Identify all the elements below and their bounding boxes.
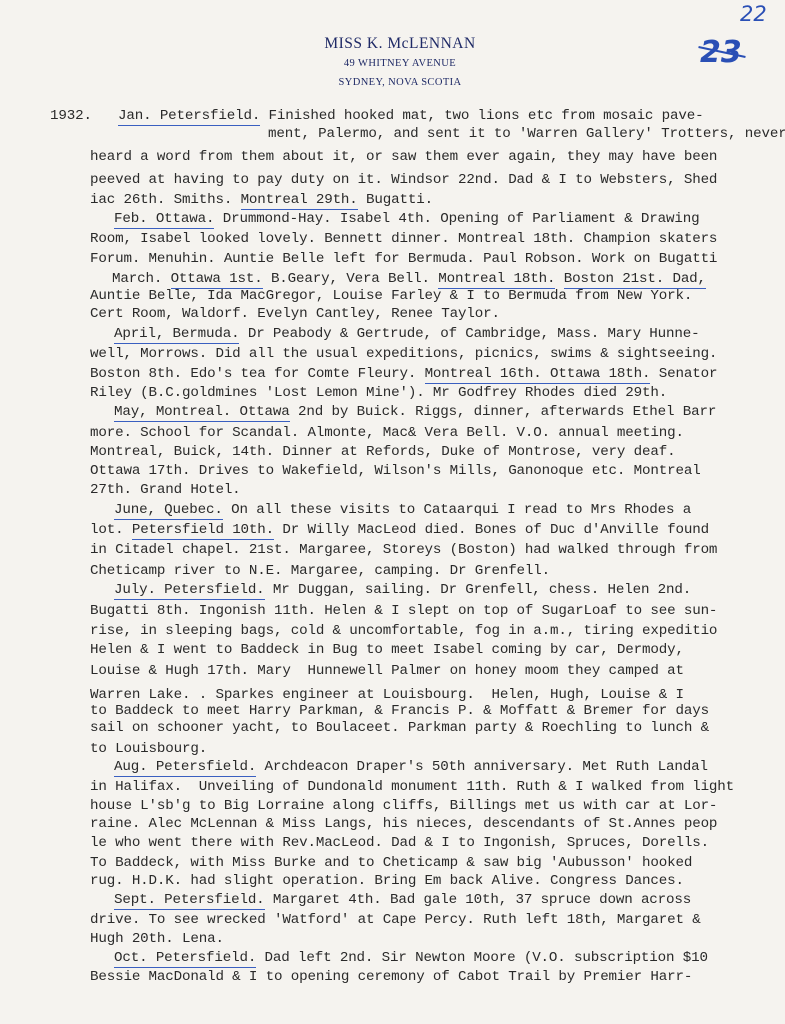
diary-line: iac 26th. Smiths. Montreal 29th. Bugatti… <box>90 191 433 209</box>
diary-line: Helen & I went to Baddeck in Bug to meet… <box>90 641 684 659</box>
diary-text-segment: Riley (B.C.goldmines 'Lost Lemon Mine').… <box>90 385 667 401</box>
diary-line: peeved at having to pay duty on it. Wind… <box>90 171 717 189</box>
diary-line: lot. Petersfield 10th. Dr Willy MacLeod … <box>90 521 709 539</box>
diary-line: le who went there with Rev.MacLeod. Dad … <box>90 834 709 852</box>
month-place-heading: Montreal 16th. Ottawa 18th. <box>425 366 651 384</box>
diary-line: more. School for Scandal. Almonte, Mac& … <box>90 424 684 442</box>
diary-text-segment: ment, Palermo, and sent it to 'Warren Ga… <box>268 126 785 142</box>
diary-text-segment: heard a word from them about it, or saw … <box>90 149 717 165</box>
month-place-heading: Montreal 29th. <box>241 192 358 210</box>
diary-text-segment: le who went there with Rev.MacLeod. Dad … <box>90 835 709 851</box>
diary-text-segment: raine. Alec McLennan & Miss Langs, his n… <box>90 816 717 832</box>
diary-text-segment <box>555 271 563 287</box>
diary-line: raine. Alec McLennan & Miss Langs, his n… <box>90 815 717 833</box>
diary-text-segment: in Citadel chapel. 21st. Margaree, Store… <box>90 542 717 558</box>
diary-line: Cert Room, Waldorf. Evelyn Cantley, Rene… <box>90 305 500 323</box>
month-place-heading: Oct. Petersfield. <box>114 950 256 968</box>
diary-line: Forum. Menuhin. Auntie Belle left for Be… <box>90 250 717 268</box>
diary-line: April, Bermuda. Dr Peabody & Gertrude, o… <box>114 325 699 343</box>
diary-text-segment: sail on schooner yacht, to Boulaceet. Pa… <box>90 720 709 736</box>
diary-text-segment: rise, in sleeping bags, cold & uncomfort… <box>90 623 717 639</box>
diary-line: Boston 8th. Edo's tea for Comte Fleury. … <box>90 365 717 383</box>
diary-line: To Baddeck, with Miss Burke and to Cheti… <box>90 854 692 872</box>
diary-line: Aug. Petersfield. Archdeacon Draper's 50… <box>114 758 708 776</box>
diary-text-segment: Bugatti. <box>358 192 433 208</box>
diary-text-segment: Archdeacon Draper's 50th anniversary. Me… <box>256 759 708 775</box>
letterhead-city: SYDNEY, NOVA SCOTIA <box>290 73 510 92</box>
month-place-heading: May, Montreal. Ottawa <box>114 404 290 422</box>
diary-text-segment: Forum. Menuhin. Auntie Belle left for Be… <box>90 251 717 267</box>
diary-text-segment: Cert Room, Waldorf. Evelyn Cantley, Rene… <box>90 306 500 322</box>
diary-line: rise, in sleeping bags, cold & uncomfort… <box>90 622 717 640</box>
diary-text-segment: drive. To see wrecked 'Watford' at Cape … <box>90 912 701 928</box>
diary-text-segment: peeved at having to pay duty on it. Wind… <box>90 172 717 188</box>
diary-text-segment: Drummond-Hay. Isabel 4th. Opening of Par… <box>214 211 699 227</box>
month-place-heading: Jan. Petersfield. <box>118 108 260 126</box>
letterhead-name: MISS K. McLENNAN <box>290 34 510 54</box>
diary-text-segment: Dad left 2nd. Sir Newton Moore (V.O. sub… <box>256 950 708 966</box>
diary-line: Hugh 20th. Lena. <box>90 930 224 948</box>
letterhead: MISS K. McLENNAN 49 WHITNEY AVENUE SYDNE… <box>290 34 510 92</box>
diary-text-segment: house L'sb'g to Big Lorraine along cliff… <box>90 798 717 814</box>
diary-text-segment: Finished hooked mat, two lions etc from … <box>260 108 703 124</box>
diary-line: 27th. Grand Hotel. <box>90 481 241 499</box>
diary-text-segment: 2nd by Buick. Riggs, dinner, afterwards … <box>290 404 717 420</box>
month-place-heading: June, Quebec. <box>114 502 223 520</box>
page-number-struck-out: 23 <box>700 35 742 70</box>
diary-line: in Citadel chapel. 21st. Margaree, Store… <box>90 541 717 559</box>
year-label: 1932. <box>50 107 92 125</box>
diary-text-segment: to Baddeck to meet Harry Parkman, & Fran… <box>90 703 709 719</box>
diary-page: MISS K. McLENNAN 49 WHITNEY AVENUE SYDNE… <box>0 0 785 1024</box>
month-place-heading: Aug. Petersfield. <box>114 759 256 777</box>
month-place-heading: Sept. Petersfield. <box>114 892 265 910</box>
diary-line: Feb. Ottawa. Drummond-Hay. Isabel 4th. O… <box>114 210 699 228</box>
month-place-heading: Feb. Ottawa. <box>114 211 214 229</box>
diary-text-segment: Mr Duggan, sailing. Dr Grenfell, chess. … <box>265 582 692 598</box>
diary-line: house L'sb'g to Big Lorraine along cliff… <box>90 797 717 815</box>
diary-line: June, Quebec. On all these visits to Cat… <box>114 501 691 519</box>
diary-text-segment: well, Morrows. Did all the usual expedit… <box>90 346 717 362</box>
diary-line: Riley (B.C.goldmines 'Lost Lemon Mine').… <box>90 384 667 402</box>
letterhead-street: 49 WHITNEY AVENUE <box>290 54 510 73</box>
diary-line: March. Ottawa 1st. B.Geary, Vera Bell. M… <box>112 270 706 288</box>
diary-text-segment: lot. <box>90 522 132 538</box>
diary-line: Bugatti 8th. Ingonish 11th. Helen & I sl… <box>90 602 717 620</box>
diary-line: Bessie MacDonald & I to opening ceremony… <box>90 968 692 986</box>
diary-text-segment: more. School for Scandal. Almonte, Mac& … <box>90 425 684 441</box>
diary-text-segment: Montreal, Buick, 14th. Dinner at Refords… <box>90 444 675 460</box>
page-number-handwritten: 22 <box>740 2 767 26</box>
diary-line: Sept. Petersfield. Margaret 4th. Bad gal… <box>114 891 691 909</box>
diary-line: drive. To see wrecked 'Watford' at Cape … <box>90 911 701 929</box>
diary-line: to Baddeck to meet Harry Parkman, & Fran… <box>90 702 709 720</box>
diary-text-segment: 27th. Grand Hotel. <box>90 482 241 498</box>
diary-line: well, Morrows. Did all the usual expedit… <box>90 345 717 363</box>
diary-text-segment: On all these visits to Cataarqui I read … <box>223 502 691 518</box>
diary-text-segment: To Baddeck, with Miss Burke and to Cheti… <box>90 855 692 871</box>
diary-line: in Halifax. Unveiling of Dundonald monum… <box>90 778 734 796</box>
diary-line: Room, Isabel looked lovely. Bennett dinn… <box>90 230 717 248</box>
diary-line: Montreal, Buick, 14th. Dinner at Refords… <box>90 443 675 461</box>
diary-line: July. Petersfield. Mr Duggan, sailing. D… <box>114 581 691 599</box>
diary-line: heard a word from them about it, or saw … <box>90 148 717 166</box>
diary-line: Auntie Belle, Ida MacGregor, Louise Farl… <box>90 287 692 305</box>
diary-text-segment: Dr Willy MacLeod died. Bones of Duc d'An… <box>274 522 709 538</box>
month-place-heading: April, Bermuda. <box>114 326 239 344</box>
month-place-heading: July. Petersfield. <box>114 582 265 600</box>
diary-line: Ottawa 17th. Drives to Wakefield, Wilson… <box>90 462 701 480</box>
diary-line: Oct. Petersfield. Dad left 2nd. Sir Newt… <box>114 949 708 967</box>
diary-line: to Louisbourg. <box>90 740 207 758</box>
diary-line: rug. H.D.K. had slight operation. Bring … <box>90 872 684 890</box>
diary-line: ment, Palermo, and sent it to 'Warren Ga… <box>268 125 785 143</box>
diary-text-segment: Boston 8th. Edo's tea for Comte Fleury. <box>90 366 425 382</box>
diary-line: Louise & Hugh 17th. Mary Hunnewell Palme… <box>90 662 684 680</box>
diary-line: Jan. Petersfield. Finished hooked mat, t… <box>118 107 703 125</box>
month-place-heading: Petersfield 10th. <box>132 522 274 540</box>
diary-line: May, Montreal. Ottawa 2nd by Buick. Rigg… <box>114 403 716 421</box>
diary-text-segment: Bessie MacDonald & I to opening ceremony… <box>90 969 692 985</box>
diary-text-segment: Hugh 20th. Lena. <box>90 931 224 947</box>
diary-text-segment: rug. H.D.K. had slight operation. Bring … <box>90 873 684 889</box>
diary-text-segment: Bugatti 8th. Ingonish 11th. Helen & I sl… <box>90 603 717 619</box>
diary-text-segment: in Halifax. Unveiling of Dundonald monum… <box>90 779 734 795</box>
diary-line: sail on schooner yacht, to Boulaceet. Pa… <box>90 719 709 737</box>
diary-text-segment: Dr Peabody & Gertrude, of Cambridge, Mas… <box>239 326 699 342</box>
diary-text-segment: Warren Lake. . Sparkes engineer at Louis… <box>90 687 684 703</box>
diary-text-segment: to Louisbourg. <box>90 741 207 757</box>
diary-text-segment: Room, Isabel looked lovely. Bennett dinn… <box>90 231 717 247</box>
diary-text-segment: Louise & Hugh 17th. Mary Hunnewell Palme… <box>90 663 684 679</box>
diary-text-segment: Senator <box>650 366 717 382</box>
diary-text-segment: March. <box>112 271 171 287</box>
diary-line: Cheticamp river to N.E. Margaree, campin… <box>90 562 550 580</box>
diary-text-segment: Cheticamp river to N.E. Margaree, campin… <box>90 563 550 579</box>
diary-text-segment: Margaret 4th. Bad gale 10th, 37 spruce d… <box>265 892 692 908</box>
diary-text-segment: Auntie Belle, Ida MacGregor, Louise Farl… <box>90 288 692 304</box>
diary-text-segment: iac 26th. Smiths. <box>90 192 241 208</box>
diary-text-segment: B.Geary, Vera Bell. <box>263 271 439 287</box>
diary-text-segment: Ottawa 17th. Drives to Wakefield, Wilson… <box>90 463 701 479</box>
diary-text-segment: Helen & I went to Baddeck in Bug to meet… <box>90 642 684 658</box>
